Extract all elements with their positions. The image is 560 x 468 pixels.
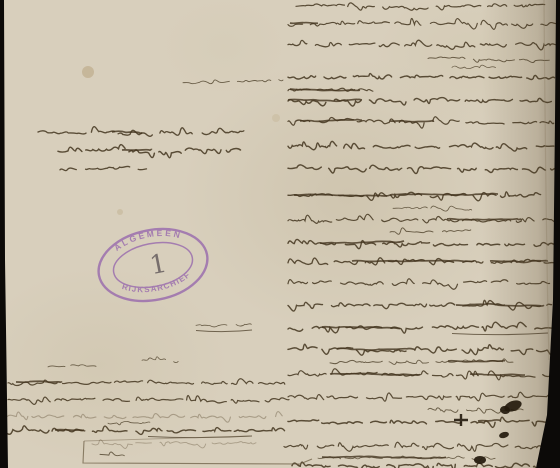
ink-blot bbox=[474, 456, 486, 464]
ink-blot bbox=[498, 431, 509, 439]
handwriting-line bbox=[284, 442, 548, 451]
handwriting-line bbox=[288, 392, 553, 401]
strikethrough-mark bbox=[122, 149, 152, 150]
handwriting-line bbox=[3, 412, 282, 423]
strikethrough-mark bbox=[290, 89, 360, 91]
handwriting-line bbox=[288, 344, 553, 355]
strikethrough-mark bbox=[16, 381, 62, 382]
handwriting-line bbox=[288, 239, 555, 248]
handwriting-line bbox=[183, 80, 283, 84]
handwriting-line bbox=[142, 357, 178, 363]
handwriting-line bbox=[92, 440, 256, 449]
paper-stain bbox=[272, 114, 280, 122]
ink-marks-layer bbox=[82, 66, 523, 464]
handwriting-line bbox=[288, 19, 557, 30]
underline-mark bbox=[196, 330, 252, 332]
handwriting-line bbox=[288, 192, 541, 201]
page-fold-crease bbox=[544, 0, 549, 360]
handwriting-line bbox=[288, 74, 555, 80]
paper-stain bbox=[117, 209, 123, 215]
handwriting-line bbox=[58, 145, 241, 158]
handwriting-line bbox=[60, 166, 147, 170]
handwriting-line bbox=[296, 3, 545, 10]
handwriting-line bbox=[288, 417, 551, 427]
handwriting-line bbox=[288, 98, 551, 107]
handwriting-line bbox=[108, 421, 150, 424]
handwriting-line bbox=[3, 426, 285, 435]
right-dark-edge bbox=[536, 0, 560, 468]
strikethrough-mark bbox=[300, 119, 362, 121]
strikethrough-mark bbox=[448, 361, 505, 362]
strikethrough-mark bbox=[478, 420, 500, 421]
strikethrough-mark bbox=[470, 374, 525, 375]
handwriting-line bbox=[8, 395, 289, 404]
handwriting-line bbox=[196, 324, 251, 327]
strikethrough-mark bbox=[290, 23, 318, 24]
handwriting-line bbox=[428, 57, 549, 63]
strikethrough-mark bbox=[112, 131, 142, 133]
scanned-document: ALGEMEEN RIJKSARCHIEF 1 bbox=[0, 0, 560, 468]
handwriting-line bbox=[288, 279, 550, 290]
strikethrough-mark bbox=[352, 260, 474, 261]
handwriting-line bbox=[288, 117, 554, 128]
handwriting-line bbox=[100, 452, 124, 456]
stamp-center-numeral: 1 bbox=[147, 249, 169, 282]
handwriting-line bbox=[38, 127, 244, 137]
handwriting-line bbox=[390, 228, 471, 234]
handwriting-line bbox=[288, 40, 557, 50]
archive-stamp: ALGEMEEN RIJKSARCHIEF 1 bbox=[92, 219, 214, 310]
handwriting-line bbox=[48, 365, 96, 367]
underline-mark bbox=[452, 333, 548, 335]
paper-stain bbox=[82, 66, 94, 78]
handwriting-line bbox=[288, 165, 555, 174]
handwriting-line bbox=[393, 206, 472, 211]
strikethrough-mark bbox=[390, 121, 434, 122]
cross-mark bbox=[454, 414, 468, 426]
strikethrough-mark bbox=[490, 261, 548, 263]
stamp-text-top: ALGEMEEN bbox=[110, 222, 185, 253]
strikethrough-mark bbox=[447, 219, 521, 220]
handwriting-line bbox=[292, 462, 558, 468]
strikethrough-mark bbox=[337, 348, 415, 350]
handwriting-line bbox=[288, 141, 554, 151]
page-overlay: ALGEMEEN RIJKSARCHIEF 1 bbox=[0, 0, 560, 468]
strikethrough-mark bbox=[322, 456, 446, 458]
handwriting-line bbox=[452, 65, 496, 68]
left-dark-edge bbox=[0, 0, 8, 468]
strikethrough-mark bbox=[322, 327, 400, 329]
